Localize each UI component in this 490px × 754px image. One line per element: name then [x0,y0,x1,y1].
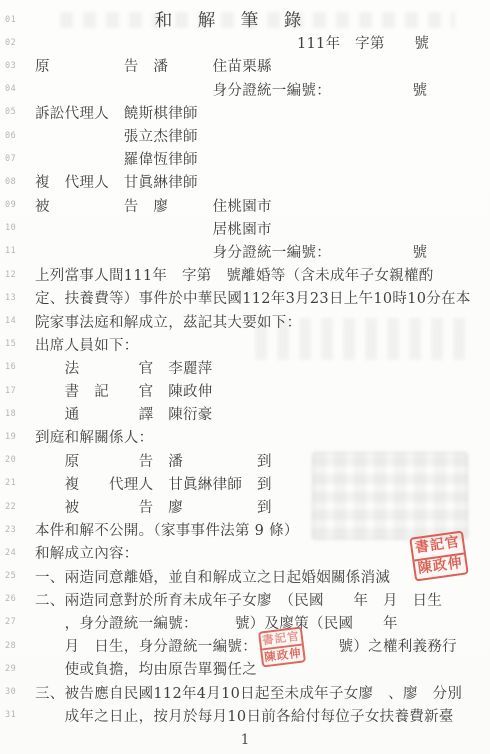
document-line: 26二、兩造同意對於所育未成年子女廖 （民國 年 月 日生 [0,588,490,611]
line-number: 06 [5,131,25,141]
line-text: 被 告 廖 住桃園市 [35,195,272,216]
line-number: 15 [5,339,25,349]
line-text: 身分證統一編號： 號 [35,241,427,262]
line-number: 05 [5,107,25,117]
line-text: 通 譯 陳衍豪 [35,403,213,424]
document-line: 27 ，身分證統一編號： 號）及廖策（民國 年 [0,611,490,634]
document-line: 17 書 記 官 陳政伸 [0,379,490,402]
document-line: 09被 告 廖 住桃園市 [0,194,490,217]
line-number: 02 [5,38,25,48]
line-text: 成年之日止，按月於每月10日前各給付每位子女扶養費新臺 [35,705,454,726]
line-number: 09 [5,200,25,210]
line-number: 14 [5,316,25,326]
line-number: 10 [5,223,25,233]
line-text: 和解成立內容： [35,542,139,563]
page-number: 1 [0,732,490,748]
document-line: 12上列當事人間111年 字第 號離婚等（含未成年子女親權酌 [0,263,490,286]
line-number: 22 [5,502,25,512]
document-line: 10 居桃園市 [0,217,490,240]
document-line: 25一、兩造同意離婚，並自和解成立之日起婚姻關係消滅 [0,565,490,588]
line-text: 院家事法庭和解成立，茲記其大要如下： [35,311,301,332]
document-line: 07 羅偉恆律師 [0,147,490,170]
line-number: 31 [5,710,25,720]
document-page: 01和 解 筆 錄02111年 字第 號03原 告 潘 住苗栗縣04 身分證統一… [0,0,490,754]
document-line: 31 成年之日止，按月於每月10日前各給付每位子女扶養費新臺 [0,704,490,727]
line-text: 定、扶養費等）事件於中華民國112年3月23日上午10時10分在本 [35,287,471,308]
line-text: 111年 字第 號 [35,32,429,53]
document-line: 08複 代理人 甘眞綝律師 [0,170,490,193]
document-line: 02111年 字第 號 [0,31,490,54]
line-number: 23 [5,525,25,535]
line-number: 03 [5,61,25,71]
document-line: 18 通 譯 陳衍豪 [0,402,490,425]
document-line: 16 法 官 李麗萍 [0,356,490,379]
line-text: 上列當事人間111年 字第 號離婚等（含未成年子女親權酌 [35,264,434,285]
line-number: 18 [5,409,25,419]
document-line: 29 使或負擔，均由原告單獨任之 [0,657,490,680]
line-text: 本件和解不公開。（家事事件法第 9 條） [35,519,299,540]
line-text: 複 代理人 甘眞綝律師 [35,171,198,192]
document-line: 13定、扶養費等）事件於中華民國112年3月23日上午10時10分在本 [0,286,490,309]
line-text: 月 日生，身分證統一編號： 號）之權利義務行 [35,635,457,656]
line-text: 二、兩造同意對於所育未成年子女廖 （民國 年 月 日生 [35,589,442,610]
line-text: 出席人員如下： [35,334,139,355]
document-line: 11 身分證統一編號： 號 [0,240,490,263]
document-lines: 01和 解 筆 錄02111年 字第 號03原 告 潘 住苗栗縣04 身分證統一… [0,8,490,727]
document-line: 01和 解 筆 錄 [0,8,490,31]
line-text: 書 記 官 陳政伸 [35,380,213,401]
document-line: 30三、被告應自民國112年4月10日起至未成年子女廖 、廖 分別 [0,680,490,703]
line-text: 居桃園市 [35,218,272,239]
line-text: 訴訟代理人 饒斯棋律師 [35,102,198,123]
line-number: 27 [5,617,25,627]
document-line: 15出席人員如下： [0,333,490,356]
line-number: 21 [5,478,25,488]
line-text: 到庭和解關係人： [35,426,153,447]
line-text: 三、被告應自民國112年4月10日起至未成年子女廖 、廖 分別 [35,682,462,703]
line-text: 羅偉恆律師 [35,148,198,169]
document-line: 24和解成立內容： [0,541,490,564]
line-text: 張立杰律師 [35,125,198,146]
line-text: 被 告 廖 到 [35,496,272,517]
line-text: 身分證統一編號： 號 [35,79,427,100]
line-number: 19 [5,432,25,442]
document-line: 04 身分證統一編號： 號 [0,78,490,101]
line-number: 12 [5,270,25,280]
document-title: 和 解 筆 錄 [25,7,435,32]
line-number: 28 [5,641,25,651]
line-number: 11 [5,246,25,256]
line-text: 法 官 李麗萍 [35,357,213,378]
line-number: 04 [5,84,25,94]
line-text: 一、兩造同意離婚，並自和解成立之日起婚姻關係消滅 [35,566,390,587]
document-line: 21 複 代理人 甘眞綝律師 到 [0,472,490,495]
line-number: 08 [5,177,25,187]
document-line: 23本件和解不公開。（家事事件法第 9 條） [0,518,490,541]
document-line: 03原 告 潘 住苗栗縣 [0,54,490,77]
line-text: 原 告 潘 到 [35,450,272,471]
line-number: 16 [5,362,25,372]
document-line: 05訴訟代理人 饒斯棋律師 [0,101,490,124]
line-text: 原 告 潘 住苗栗縣 [35,55,272,76]
document-line: 20 原 告 潘 到 [0,449,490,472]
line-number: 26 [5,594,25,604]
line-number: 01 [5,15,25,25]
line-number: 13 [5,293,25,303]
line-number: 29 [5,664,25,674]
document-line: 19到庭和解關係人： [0,425,490,448]
line-text: 複 代理人 甘眞綝律師 到 [35,473,272,494]
line-number: 30 [5,687,25,697]
line-number: 20 [5,455,25,465]
line-number: 24 [5,548,25,558]
line-text: ，身分證統一編號： 號）及廖策（民國 年 [35,612,398,633]
document-line: 22 被 告 廖 到 [0,495,490,518]
line-number: 25 [5,571,25,581]
document-line: 28 月 日生，身分證統一編號： 號）之權利義務行 [0,634,490,657]
line-text: 使或負擔，均由原告單獨任之 [35,658,257,679]
document-line: 06 張立杰律師 [0,124,490,147]
line-number: 17 [5,386,25,396]
document-line: 14院家事法庭和解成立，茲記其大要如下： [0,309,490,332]
line-number: 07 [5,154,25,164]
